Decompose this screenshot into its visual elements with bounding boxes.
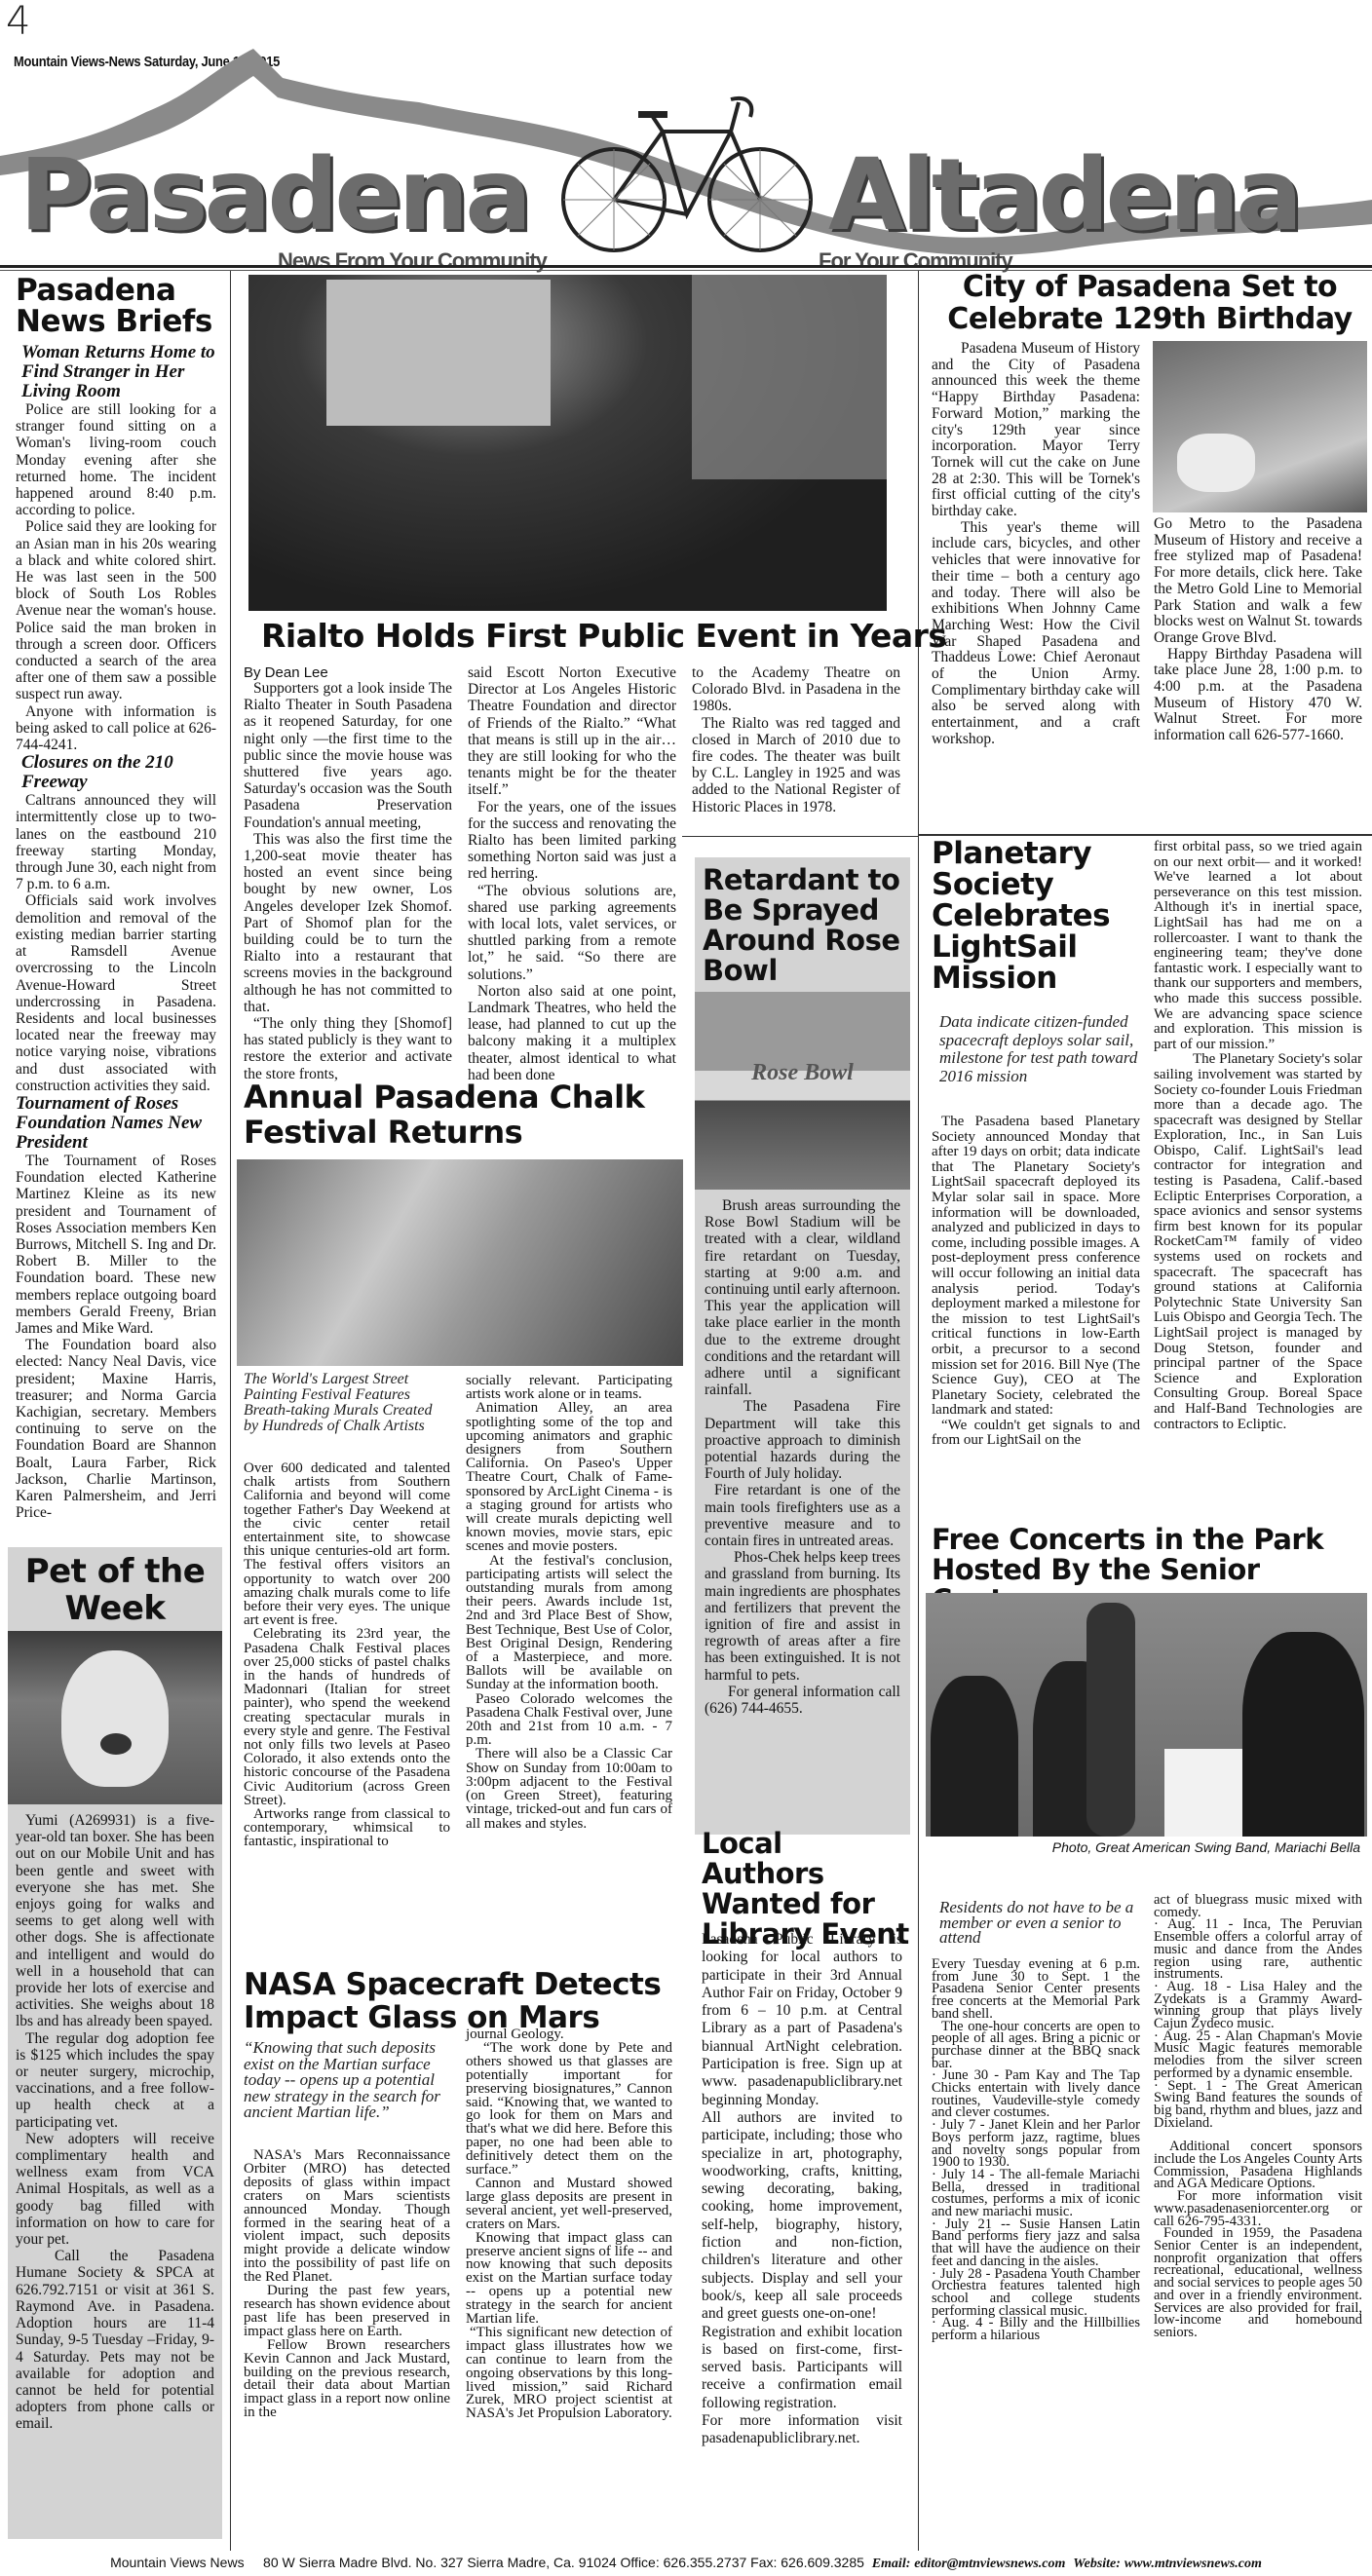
footer-website[interactable]: www.mtnviewsnews.com [1124, 2557, 1262, 2571]
birthday-col-1: Pasadena Museum of History and the City … [932, 341, 1140, 748]
brief-body: The Tournament of Roses Foundation elect… [16, 1153, 216, 1521]
dog-nose [100, 1733, 132, 1755]
news-briefs-title: Pasadena News Briefs [16, 275, 216, 337]
bicycle-icon [555, 78, 819, 253]
chalk-photo [237, 1159, 683, 1366]
column-divider [230, 271, 231, 2551]
retardant-body: Brush areas surrounding the Rose Bowl St… [695, 1190, 910, 1717]
chalk-headline: Annual Pasadena Chalk Festival Returns [244, 1080, 672, 1150]
lightsail-headline: Planetary Society Celebrates LightSail M… [932, 838, 1126, 994]
column-divider [918, 271, 919, 2551]
rialto-photo [248, 275, 887, 611]
lightsail-deck: Data indicate citizen-funded spacecraft … [932, 1013, 1140, 1085]
chalk-col-2: socially relevant. Participating artists… [466, 1374, 672, 1831]
upright-bass [1086, 1603, 1135, 1837]
news-briefs: Pasadena News Briefs Woman Returns Home … [16, 275, 216, 1521]
birthday-col-2: Go Metro to the Pasadena Museum of Histo… [1154, 516, 1362, 744]
nasa-deck: “Knowing that such deposits exist on the… [244, 2040, 448, 2121]
retardant-box: Retardant to Be Sprayed Around Rose Bowl… [695, 857, 910, 1835]
nasa-headline: NASA Spacecraft Detects Impact Glass on … [244, 1968, 672, 2034]
musician-trumpet [1242, 1632, 1364, 1837]
rialto-byline: By Dean Lee [244, 664, 328, 681]
footer-email[interactable]: editor@mtnviewsnews.com [914, 2557, 1065, 2571]
authors-body: Pasadena Public Library is looking for l… [702, 1931, 902, 2448]
pet-photo [8, 1631, 222, 1804]
pet-of-the-week: Pet of the Week Yumi (A269931) is a five… [8, 1547, 222, 2539]
concerts-col-1: Every Tuesday evening at 6 p.m. from Jun… [932, 1958, 1140, 2342]
birthday-photo [1153, 341, 1367, 512]
chalk-col-1: Over 600 dedicated and talented chalk ar… [244, 1461, 450, 1849]
chalk-deck: The World's Largest Street Painting Fest… [244, 1372, 448, 1434]
retardant-headline: Retardant to Be Sprayed Around Rose Bowl [695, 857, 910, 992]
lightsail-col-2: first orbital pass, so we tried again on… [1154, 840, 1362, 1432]
footer-website-label: Website: [1073, 2557, 1121, 2571]
concerts-caption: Photo, Great American Swing Band, Mariac… [926, 1839, 1360, 1855]
brief-headline: Woman Returns Home to Find Stranger in H… [16, 343, 216, 401]
rialto-headline: Rialto Holds First Public Event in Years [261, 620, 947, 654]
pet-description: Yumi (A269931) is a five-year-old tan bo… [8, 1804, 222, 2433]
birthday-headline: City of Pasadena Set to Celebrate 129th … [931, 271, 1369, 335]
nasa-col-1: NASA's Mars Reconnaissance Orbiter (MRO)… [244, 2149, 450, 2420]
section-divider [682, 836, 918, 837]
rialto-col-3: to the Academy Theatre on Colorado Blvd.… [692, 664, 900, 815]
concerts-col-2: act of bluegrass music mixed with comedy… [1154, 1894, 1362, 2339]
brief-body: Police are still looking for a stranger … [16, 401, 216, 753]
concerts-deck: Residents do not have to be a member or … [932, 1900, 1140, 1946]
footer-paper: Mountain Views News [110, 2555, 244, 2570]
lightsail-col-1: The Pasadena based Planetary Society ann… [932, 1115, 1140, 1449]
theater-screen [326, 280, 551, 426]
rialto-col-1: Supporters got a look inside The Rialto … [244, 680, 452, 1082]
theater-wall [692, 275, 887, 479]
masthead-altadena: Altadena [828, 146, 1299, 246]
rose-bowl-sign: Rose Bowl [695, 1060, 910, 1086]
rialto-col-2: said Escott Norton Executive Director at… [468, 664, 676, 1083]
concerts-photo [926, 1593, 1367, 1837]
masthead: Pasadena Altadena News From Your Communi… [0, 29, 1372, 263]
dog-face [61, 1650, 169, 1787]
brief-body: Caltrans announced they will intermitten… [16, 792, 216, 1094]
footer-email-label: Email: [872, 2557, 911, 2571]
cake [1177, 434, 1255, 492]
musician-guitar [931, 1676, 1018, 1837]
rose-bowl-photo: Rose Bowl [695, 992, 910, 1190]
masthead-pasadena: Pasadena [19, 146, 528, 246]
footer-address: 80 W Sierra Madre Blvd. No. 327 Sierra M… [263, 2555, 864, 2570]
nasa-col-2: journal Geology. “The work done by Pete … [466, 2028, 672, 2421]
brief-headline: Tournament of Roses Foundation Names New… [16, 1094, 216, 1153]
pet-title: Pet of the Week [8, 1547, 222, 1631]
footer: Mountain Views News 80 W Sierra Madre Bl… [0, 2555, 1372, 2572]
brief-headline: Closures on the 210 Freeway [16, 753, 216, 792]
